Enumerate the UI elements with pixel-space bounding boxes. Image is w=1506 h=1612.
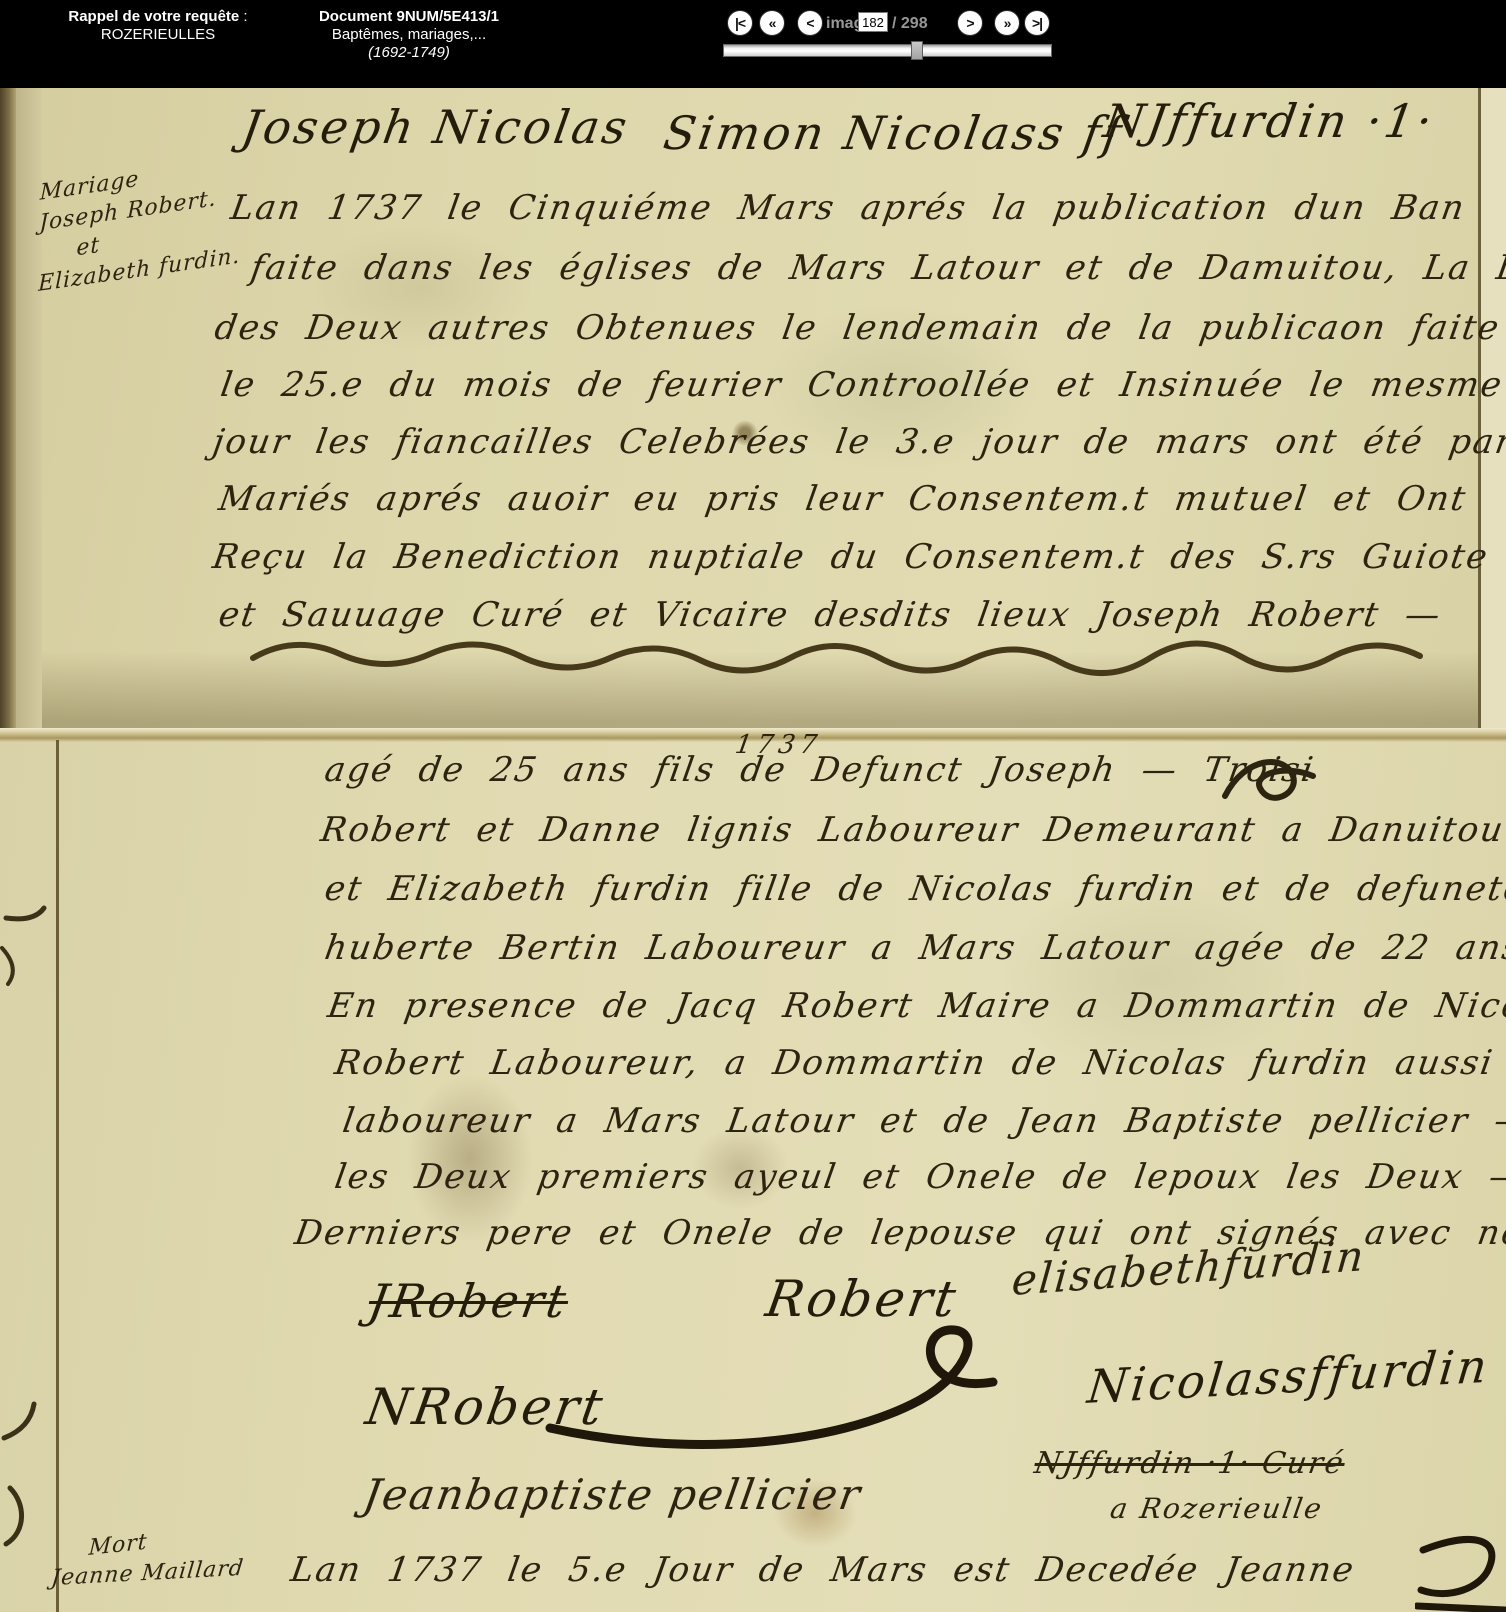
signature-j-robert: JRobert bbox=[365, 1274, 572, 1328]
last-image-button[interactable]: >| bbox=[1024, 10, 1050, 36]
query-recall-value: ROZERIEULLES bbox=[8, 26, 308, 44]
manuscript-line: Robert Laboureur, a Dommartin de Nicolas… bbox=[332, 1043, 1506, 1083]
next-image-icon: > bbox=[966, 15, 973, 31]
heading-name-right: NJffurdin ·1· bbox=[1100, 94, 1439, 148]
fast-previous-icon: « bbox=[769, 15, 776, 31]
manuscript-line: Lan 1737 le Cinquiéme Mars aprés la publ… bbox=[228, 188, 1469, 228]
signature-rozerieulle-place: a Rozerieulle bbox=[1108, 1492, 1326, 1525]
facing-page-ink-marks bbox=[0, 788, 52, 1548]
document-title: Document 9NUM/5E413/1 bbox=[299, 8, 519, 26]
manuscript-line: jour les fiancailles Celebrées le 3.e jo… bbox=[210, 422, 1506, 462]
image-number-input[interactable] bbox=[858, 12, 888, 32]
image-count-label: / 298 bbox=[892, 15, 928, 33]
signature-flourish bbox=[545, 1308, 1025, 1458]
manuscript-line: agé de 25 ans fils de Defunct Joseph — T… bbox=[322, 750, 1318, 790]
facing-page-sliver bbox=[1481, 88, 1506, 728]
signature-nicolas-furdin: Nicolassffurdin bbox=[1085, 1339, 1492, 1414]
query-recall: Rappel de votre requête : ROZERIEULLES bbox=[8, 8, 308, 44]
closing-bracket-flourish bbox=[1415, 1528, 1506, 1612]
document-info: Document 9NUM/5E413/1 Baptêmes, mariages… bbox=[299, 8, 519, 62]
manuscript-line: Robert et Danne lignis Laboureur Demeura… bbox=[318, 810, 1506, 850]
first-image-icon: |< bbox=[735, 15, 745, 31]
manuscript-line: Mariés aprés auoir eu pris leur Consente… bbox=[216, 479, 1470, 519]
document-years: (1692-1749) bbox=[299, 44, 519, 62]
manuscript-line: le 25.e du mois de feurier Controollée e… bbox=[218, 365, 1506, 405]
signature-jean-baptiste-pellicier: Jeanbaptiste pellicier bbox=[360, 1470, 865, 1519]
last-image-icon: >| bbox=[1032, 15, 1042, 31]
previous-image-button[interactable]: < bbox=[797, 10, 823, 36]
manuscript-line: et Elizabeth furdin fille de Nicolas fur… bbox=[322, 869, 1506, 909]
previous-image-icon: < bbox=[806, 15, 813, 31]
page-edge bbox=[16, 88, 42, 728]
query-recall-label: Rappel de votre requête : bbox=[8, 8, 308, 26]
manuscript-line: des Deux autres Obtenues le lendemain de… bbox=[212, 308, 1503, 348]
archive-image-viewer: Rappel de votre requête : ROZERIEULLES D… bbox=[0, 0, 1506, 1612]
first-image-button[interactable]: |< bbox=[727, 10, 753, 36]
ink-flourish bbox=[1215, 746, 1335, 816]
page-fold-line-left bbox=[56, 740, 59, 1612]
fast-previous-button[interactable]: « bbox=[759, 10, 785, 36]
manuscript-line: laboureur a Mars Latour et de Jean Bapti… bbox=[340, 1101, 1506, 1141]
image-slider[interactable] bbox=[723, 44, 1052, 57]
heading-name-left: Joseph Nicolas bbox=[238, 100, 633, 154]
fast-next-icon: » bbox=[1004, 15, 1011, 31]
manuscript-line-death: Lan 1737 le 5.e Jour de Mars est Decedée… bbox=[288, 1550, 1358, 1590]
document-subtitle: Baptêmes, mariages,... bbox=[299, 26, 519, 44]
signature-furdin-cure: NJffurdin ·1· Curé bbox=[1032, 1446, 1347, 1481]
viewer-header: Rappel de votre requête : ROZERIEULLES D… bbox=[0, 0, 1506, 88]
image-slider-handle[interactable] bbox=[911, 41, 923, 60]
wavy-divider bbox=[245, 628, 1445, 678]
manuscript-scan-bottom: 1737 agé de 25 ans fils de Defunct Josep… bbox=[0, 728, 1506, 1612]
manuscript-line: En presence de Jacq Robert Maire a Domma… bbox=[325, 986, 1506, 1026]
book-binding-edge bbox=[0, 88, 16, 728]
margin-note-death-name: Jeanne Maillard bbox=[50, 1556, 245, 1591]
margin-note-marriage: Mariage Joseph Robert. et Elizabeth furd… bbox=[38, 150, 242, 300]
margin-note-death-title: Mort bbox=[88, 1530, 148, 1561]
manuscript-line: Reçu la Benediction nuptiale du Consente… bbox=[210, 537, 1492, 577]
next-image-button[interactable]: > bbox=[957, 10, 983, 36]
manuscript-scan-top: Joseph Nicolas Simon Nicolass ff NJffurd… bbox=[0, 88, 1506, 728]
manuscript-line: huberte Bertin Laboureur a Mars Latour a… bbox=[322, 928, 1506, 968]
manuscript-line: faite dans les églises de Mars Latour et… bbox=[248, 248, 1506, 288]
heading-name-center: Simon Nicolass ff bbox=[660, 106, 1128, 160]
manuscript-line: les Deux premiers ayeul et Onele de lepo… bbox=[332, 1157, 1506, 1197]
fast-next-button[interactable]: » bbox=[994, 10, 1020, 36]
